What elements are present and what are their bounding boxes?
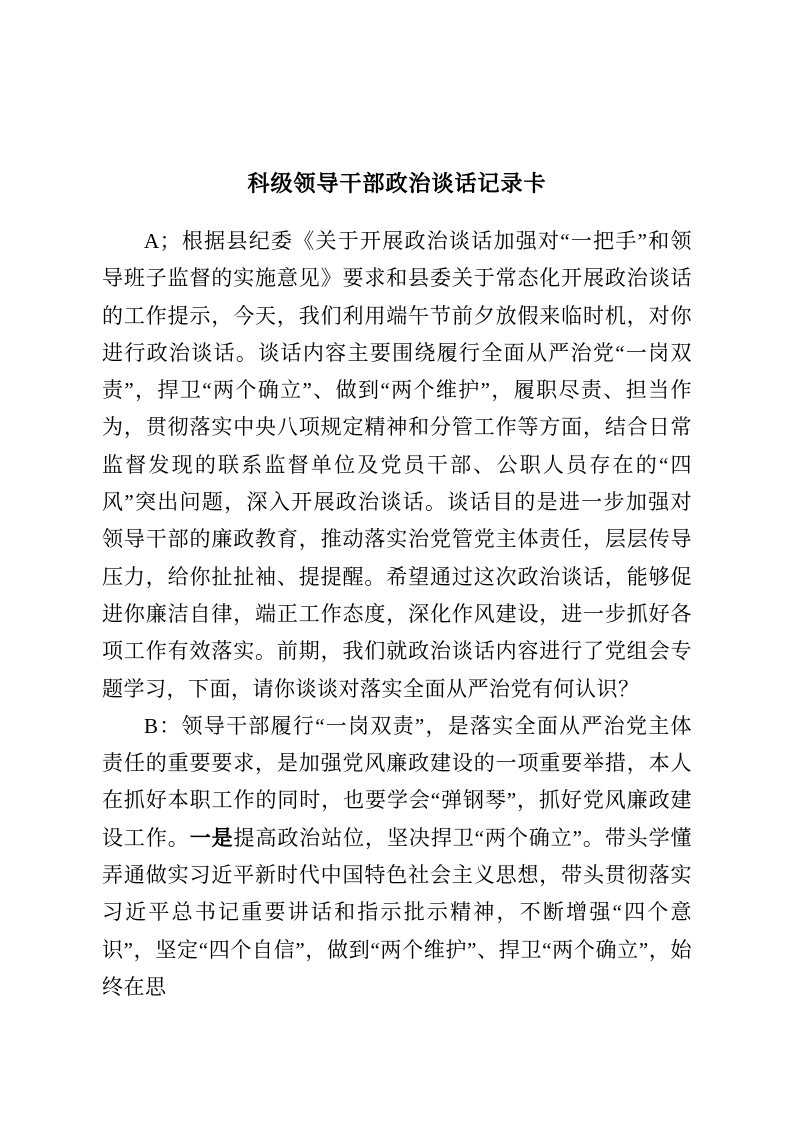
paragraph-a: A；根据县纪委《关于开展政治谈话加强对“一把手”和领导班子监督的实施意见》要求和… <box>102 223 692 708</box>
paragraph-b: B：领导干部履行“一岗双责”，是落实全面从严治党主体责任的重要要求，是加强党风廉… <box>102 708 692 1006</box>
text-segment-bold: 一是 <box>190 826 234 850</box>
text-segment: A；根据县纪委《关于开展政治谈话加强对“一把手”和领导班子监督的实施意见》要求和… <box>102 229 692 701</box>
document-page: 科级领导干部政治谈话记录卡 A；根据县纪委《关于开展政治谈话加强对“一把手”和领… <box>0 0 793 1122</box>
text-segment: 提高政治站位，坚决捍卫“两个确立”。带头学懂弄通做实习近平新时代中国特色社会主义… <box>102 826 692 999</box>
document-title: 科级领导干部政治谈话记录卡 <box>102 170 692 197</box>
